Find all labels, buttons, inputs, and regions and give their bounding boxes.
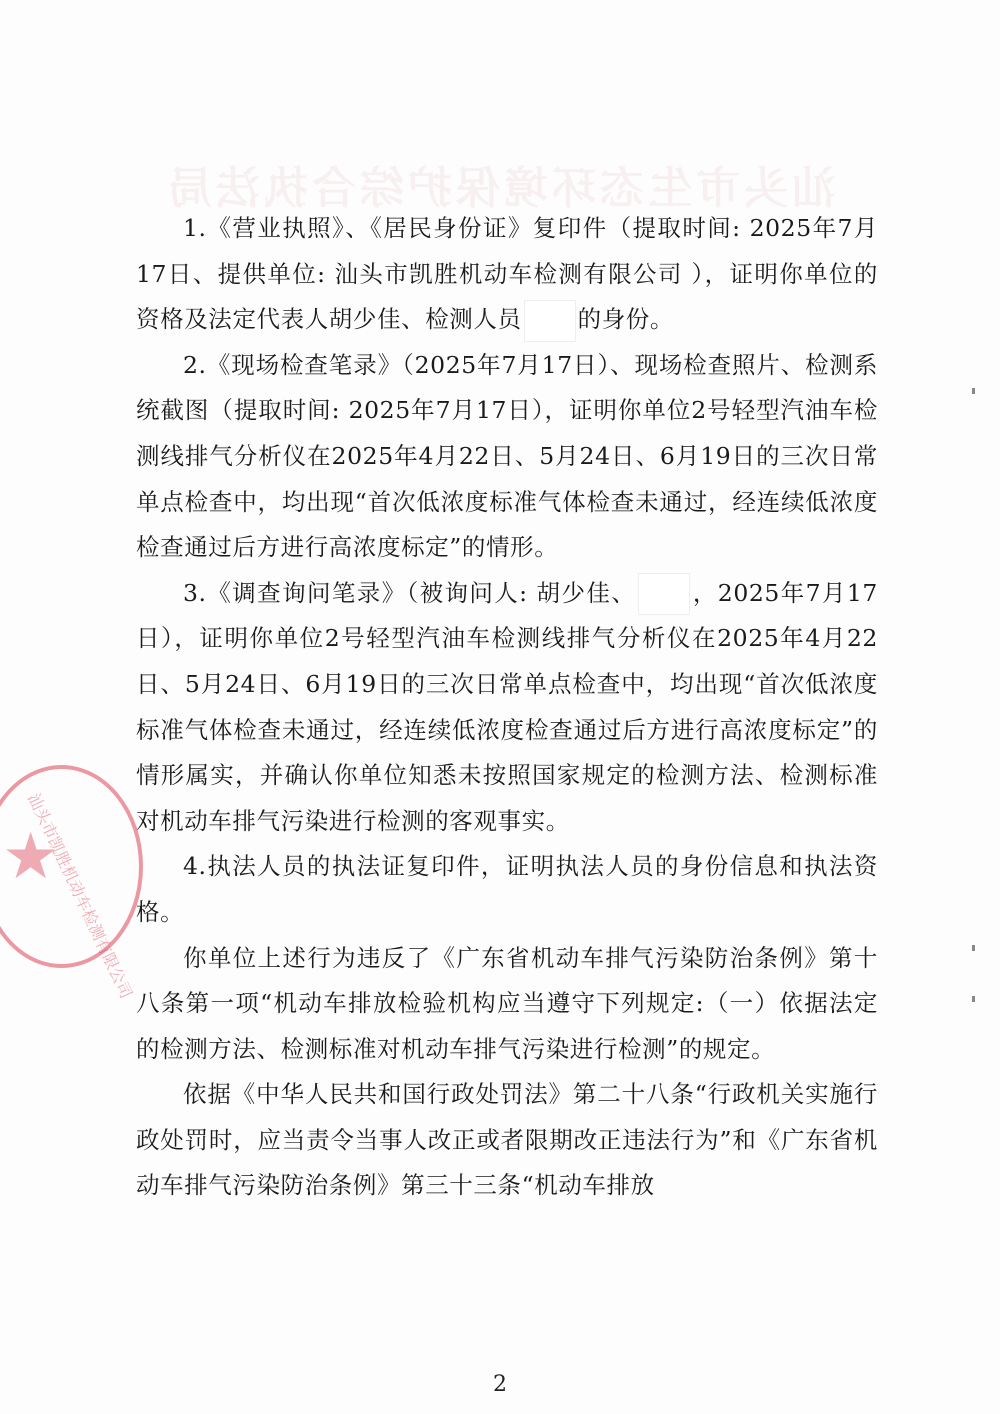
paragraph-evidence-2: 2.《现场检查笔录》（2025年7月17日）、现场检查照片、检测系统截图（提取时… [136,343,878,571]
page-number: 2 [0,1372,1000,1397]
scan-speck [972,996,975,1002]
paragraph-evidence-1: 1.《营业执照》、《居民身份证》复印件（提取时间: 2025年7月17日、提供单… [136,206,878,343]
redacted-name [638,573,690,615]
document-body: 1.《营业执照》、《居民身份证》复印件（提取时间: 2025年7月17日、提供单… [136,206,878,1209]
paragraph-evidence-4: 4.执法人员的执法证复印件，证明执法人员的身份信息和执法资格。 [136,844,878,935]
paragraph-evidence-3: 3.《调查询问笔录》（被询问人: 胡少佳、，2025年7月17日），证明你单位2… [136,571,878,845]
redacted-name [524,300,576,342]
paragraph-legal-basis: 依据《中华人民共和国行政处罚法》第二十八条“行政机关实施行政处罚时，应当责令当事… [136,1072,878,1209]
paragraph-violation: 你单位上述行为违反了《广东省机动车排气污染防治条例》第十八条第一项“机动车排放检… [136,936,878,1073]
scan-speck [972,388,975,394]
document-page: 汕头市生态环境保护综合执法局 ★ 汕头市凯胜机动车检测有限公司 1.《营业执照》… [0,0,1000,1414]
scan-speck [972,945,975,951]
official-seal: ★ 汕头市凯胜机动车检测有限公司 [0,765,143,968]
